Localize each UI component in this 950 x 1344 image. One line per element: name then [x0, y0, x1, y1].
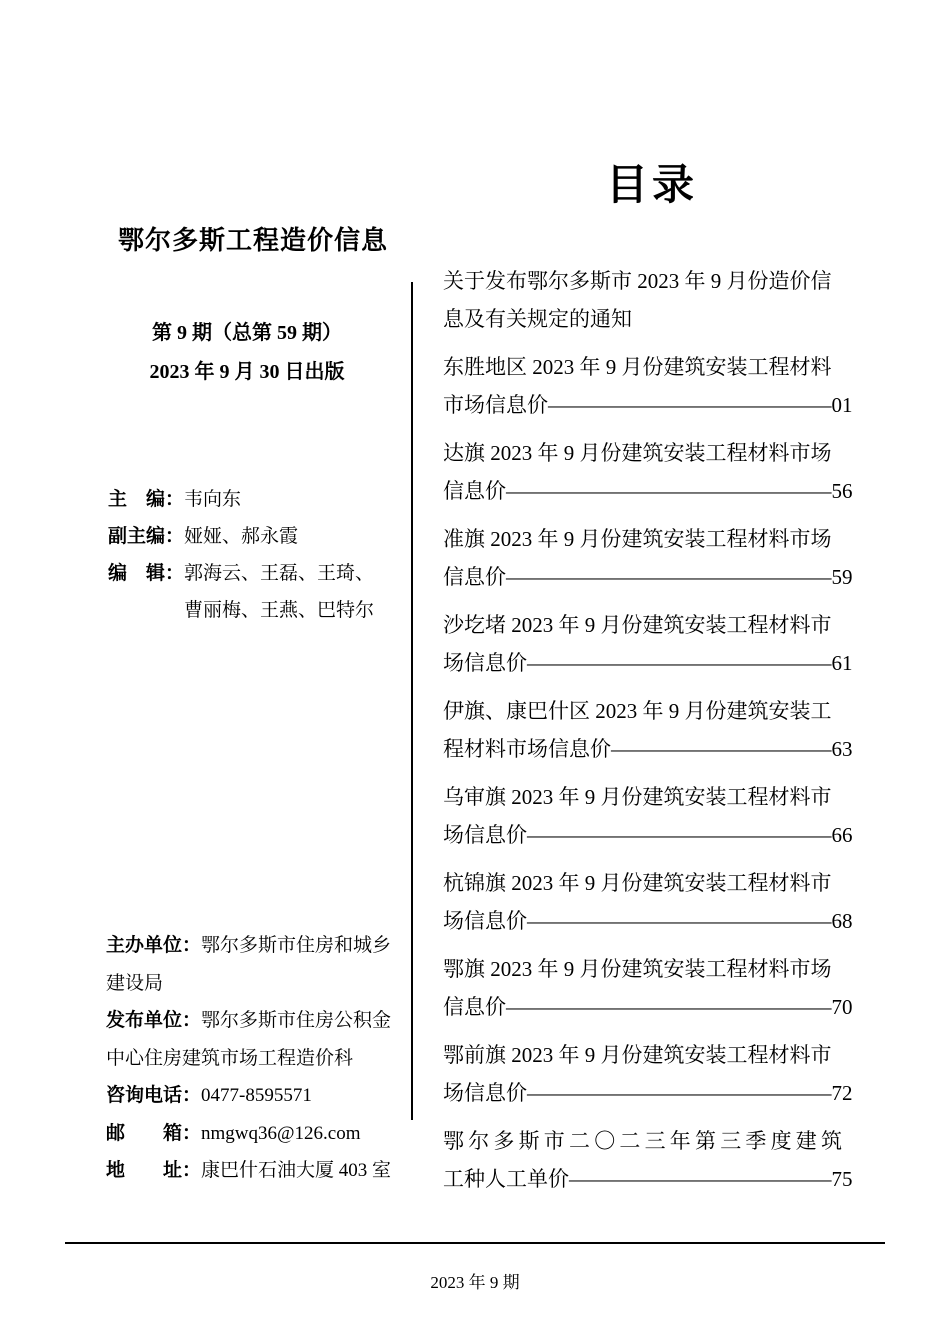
toc-entry-line2: 工种人工单价–––––––––––––––––––––––––75 — [443, 1160, 861, 1198]
footer-issue: 2023 年 9 期 — [0, 1268, 950, 1293]
toc-page-number: 68 — [832, 909, 853, 933]
toc-page-number: 66 — [832, 823, 853, 847]
deputy-editor-label: 副主编： — [108, 526, 184, 547]
phone-label: 咨询电话： — [106, 1085, 201, 1106]
toc-entry: 乌审旗 2023 年 9 月份建筑安装工程材料市 场信息价–––––––––––… — [443, 778, 861, 854]
staff-section: 主 编：韦向东 副主编：娅娅、郝永霞 编 辑：郭海云、王磊、王琦、 曹丽梅、王燕… — [108, 481, 418, 629]
email-row: 邮 箱：nmgwq36@126.com — [106, 1115, 408, 1153]
toc-heading: 目录 — [443, 152, 861, 212]
toc-entry-line1: 杭锦旗 2023 年 9 月份建筑安装工程材料市 — [443, 864, 861, 902]
toc-page-number: 72 — [832, 1081, 853, 1105]
editors-names-line2: 曹丽梅、王燕、巴特尔 — [184, 600, 374, 621]
organizer-row: 主办单位：鄂尔多斯市住房和城乡建设局 — [106, 927, 408, 1002]
toc-entry-line2: 场信息价–––––––––––––––––––––––––––––72 — [443, 1074, 861, 1112]
footer-rule — [65, 1242, 885, 1244]
deputy-editor-names: 娅娅、郝永霞 — [184, 526, 298, 547]
toc-leader: ––––––––––––––––––––––––––––– — [527, 1081, 832, 1105]
chief-editor-label: 主 编： — [108, 489, 184, 510]
toc-entry-line1: 关于发布鄂尔多斯市 2023 年 9 月份造价信 — [443, 262, 861, 300]
toc-entry-line2: 信息价–––––––––––––––––––––––––––––––56 — [443, 472, 861, 510]
toc-entry: 伊旗、康巴什区 2023 年 9 月份建筑安装工 程材料市场信息价–––––––… — [443, 692, 861, 768]
toc-entry: 沙圪堵 2023 年 9 月份建筑安装工程材料市 场信息价–––––––––––… — [443, 606, 861, 682]
toc-list: 关于发布鄂尔多斯市 2023 年 9 月份造价信 息及有关规定的通知 东胜地区 … — [443, 262, 861, 1208]
toc-entry: 关于发布鄂尔多斯市 2023 年 9 月份造价信 息及有关规定的通知 — [443, 262, 861, 338]
editors-label: 编 辑： — [108, 563, 184, 584]
toc-entry-line2: 场信息价–––––––––––––––––––––––––––––68 — [443, 902, 861, 940]
address-row: 地 址：康巴什石油大厦 403 室 — [106, 1152, 408, 1190]
toc-entry-line2: 信息价–––––––––––––––––––––––––––––––70 — [443, 988, 861, 1026]
toc-entry-line1: 东胜地区 2023 年 9 月份建筑安装工程材料 — [443, 348, 861, 386]
publish-date: 2023 年 9 月 30 日出版 — [103, 353, 391, 392]
toc-page-number: 59 — [832, 565, 853, 589]
toc-entry: 杭锦旗 2023 年 9 月份建筑安装工程材料市 场信息价–––––––––––… — [443, 864, 861, 940]
masthead-title: 鄂尔多斯工程造价信息 — [118, 220, 388, 257]
toc-entry-line2: 息及有关规定的通知 — [443, 300, 861, 338]
issuer-label: 发布单位： — [106, 1010, 201, 1031]
toc-entry-line1: 鄂旗 2023 年 9 月份建筑安装工程材料市场 — [443, 950, 861, 988]
toc-page-number: 56 — [832, 479, 853, 503]
toc-page-number: 70 — [832, 995, 853, 1019]
publisher-section: 主办单位：鄂尔多斯市住房和城乡建设局 发布单位：鄂尔多斯市住房公积金中心住房建筑… — [106, 927, 408, 1190]
toc-leader: ––––––––––––––––––––––––––– — [548, 393, 832, 417]
phone-row: 咨询电话：0477-8595571 — [106, 1077, 408, 1115]
phone-value: 0477-8595571 — [201, 1085, 312, 1106]
toc-entry: 鄂前旗 2023 年 9 月份建筑安装工程材料市 场信息价–––––––––––… — [443, 1036, 861, 1112]
toc-entry-line1: 鄂尔多斯市二〇二三年第三季度建筑 — [443, 1122, 861, 1160]
toc-page-number: 75 — [832, 1167, 853, 1191]
editors-row-continued: 曹丽梅、王燕、巴特尔 — [108, 592, 418, 629]
toc-leader: ––––––––––––––––––––––––––––– — [527, 909, 832, 933]
toc-leader: ––––––––––––––––––––––––––––––– — [506, 995, 832, 1019]
chief-editor-row: 主 编：韦向东 — [108, 481, 418, 518]
toc-entry-line1: 伊旗、康巴什区 2023 年 9 月份建筑安装工 — [443, 692, 861, 730]
deputy-editor-row: 副主编：娅娅、郝永霞 — [108, 518, 418, 555]
toc-entry-line2: 信息价–––––––––––––––––––––––––––––––59 — [443, 558, 861, 596]
issue-number: 第 9 期（总第 59 期） — [103, 314, 391, 353]
toc-entry: 鄂旗 2023 年 9 月份建筑安装工程材料市场 信息价––––––––––––… — [443, 950, 861, 1026]
toc-entry-line2: 场信息价–––––––––––––––––––––––––––––61 — [443, 644, 861, 682]
toc-entry: 鄂尔多斯市二〇二三年第三季度建筑 工种人工单价–––––––––––––––––… — [443, 1122, 861, 1198]
toc-entry: 准旗 2023 年 9 月份建筑安装工程材料市场 信息价––––––––––––… — [443, 520, 861, 596]
editors-row: 编 辑：郭海云、王磊、王琦、 — [108, 555, 418, 592]
toc-leader: ––––––––––––––––––––––––––––––– — [506, 565, 832, 589]
toc-entry-line2: 市场信息价–––––––––––––––––––––––––––01 — [443, 386, 861, 424]
toc-page-number: 63 — [832, 737, 853, 761]
toc-entry-line1: 准旗 2023 年 9 月份建筑安装工程材料市场 — [443, 520, 861, 558]
toc-page-number: 01 — [832, 393, 853, 417]
toc-entry-line2: 场信息价–––––––––––––––––––––––––––––66 — [443, 816, 861, 854]
organizer-label: 主办单位： — [106, 935, 201, 956]
issue-block: 第 9 期（总第 59 期） 2023 年 9 月 30 日出版 — [103, 314, 391, 392]
toc-leader: ––––––––––––––––––––––––––––– — [527, 823, 832, 847]
toc-leader: ––––––––––––––––––––––––– — [569, 1167, 832, 1191]
email-label: 邮 箱： — [106, 1123, 201, 1144]
editors-names-line1: 郭海云、王磊、王琦、 — [184, 563, 374, 584]
email-value: nmgwq36@126.com — [201, 1123, 360, 1144]
address-value: 康巴什石油大厦 403 室 — [201, 1160, 391, 1181]
toc-entry-line1: 达旗 2023 年 9 月份建筑安装工程材料市场 — [443, 434, 861, 472]
toc-entry-line1: 乌审旗 2023 年 9 月份建筑安装工程材料市 — [443, 778, 861, 816]
issuer-row: 发布单位：鄂尔多斯市住房公积金中心住房建筑市场工程造价科 — [106, 1002, 408, 1077]
toc-entry: 达旗 2023 年 9 月份建筑安装工程材料市场 信息价––––––––––––… — [443, 434, 861, 510]
toc-entry-line1: 沙圪堵 2023 年 9 月份建筑安装工程材料市 — [443, 606, 861, 644]
column-divider — [411, 282, 413, 1120]
chief-editor-name: 韦向东 — [184, 489, 241, 510]
toc-entry-line1: 鄂前旗 2023 年 9 月份建筑安装工程材料市 — [443, 1036, 861, 1074]
toc-entry-line2: 程材料市场信息价–––––––––––––––––––––63 — [443, 730, 861, 768]
toc-leader: ––––––––––––––––––––––––––––––– — [506, 479, 832, 503]
toc-page-number: 61 — [832, 651, 853, 675]
address-label: 地 址： — [106, 1160, 201, 1181]
toc-leader: ––––––––––––––––––––– — [611, 737, 832, 761]
toc-entry: 东胜地区 2023 年 9 月份建筑安装工程材料 市场信息价––––––––––… — [443, 348, 861, 424]
toc-leader: ––––––––––––––––––––––––––––– — [527, 651, 832, 675]
